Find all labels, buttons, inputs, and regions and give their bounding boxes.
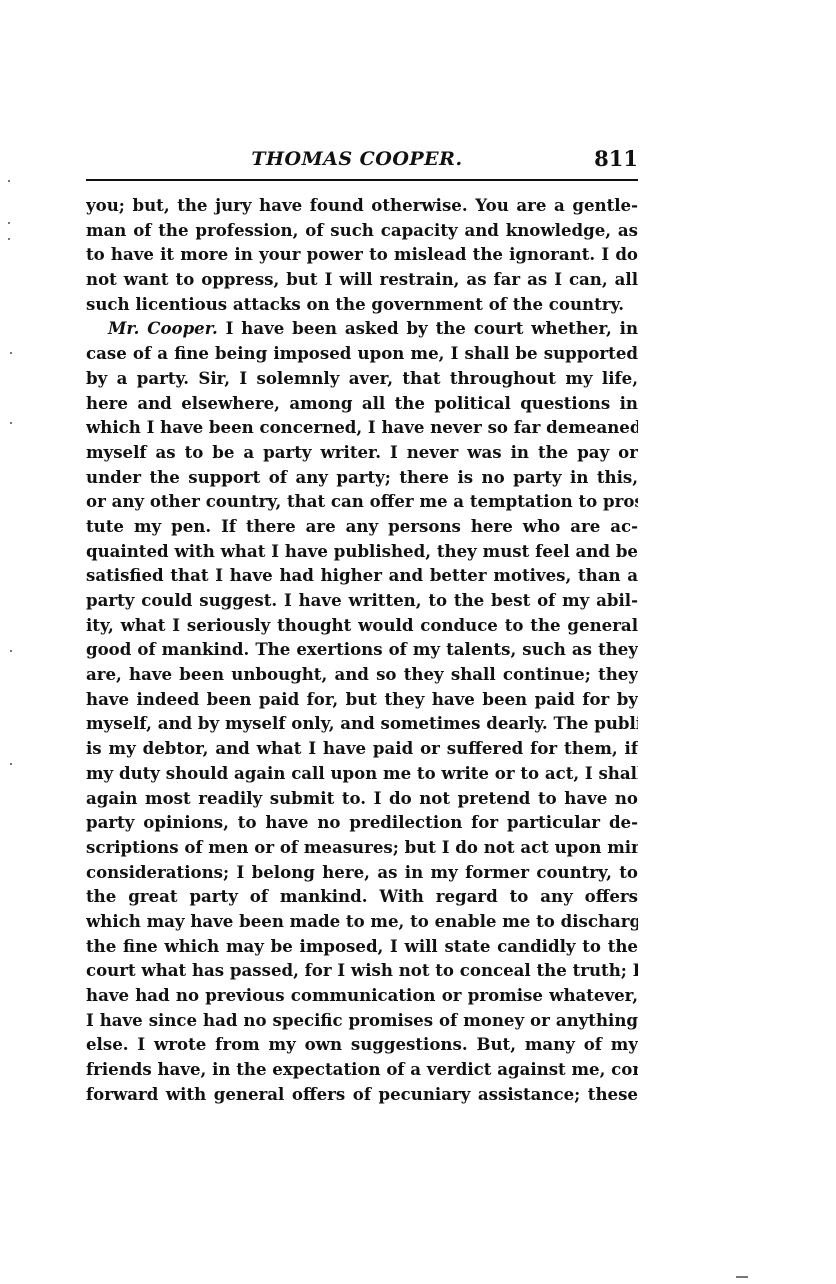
text-line: here and elsewhere, among all the politi… xyxy=(86,391,638,416)
text-line: have had no previous communication or pr… xyxy=(86,983,638,1008)
scan-speck xyxy=(10,763,12,765)
scan-speck xyxy=(10,352,12,354)
text-line: by a party. Sir, I solemnly aver, that t… xyxy=(86,366,638,391)
text-line: ity, what I seriously thought would cond… xyxy=(86,613,638,638)
header-rule xyxy=(86,179,638,181)
text-line: under the support of any party; there is… xyxy=(86,465,638,490)
text-line xyxy=(86,1156,638,1181)
text-line: you; but, the jury have found otherwise.… xyxy=(86,193,638,218)
text-line: quainted with what I have published, the… xyxy=(86,539,638,564)
scan-speck xyxy=(10,422,12,424)
text-line: tute my pen. If there are any persons he… xyxy=(86,514,638,539)
scan-speck xyxy=(8,222,10,224)
text-line: forward with general offers of pecuniary… xyxy=(86,1082,638,1107)
text-line: party opinions, to have no predilection … xyxy=(86,810,638,835)
scan-speck xyxy=(10,650,12,652)
page-header: THOMAS COOPER. 811 xyxy=(86,144,638,178)
text-line: not want to oppress, but I will restrain… xyxy=(86,267,638,292)
text-line: have indeed been paid for, but they have… xyxy=(86,687,638,712)
scan-speck xyxy=(8,180,10,182)
text-line: my duty should again call upon me to wri… xyxy=(86,761,638,786)
text-line: considerations; I belong here, as in my … xyxy=(86,860,638,885)
text-line: which may have been made to me, to enabl… xyxy=(86,909,638,934)
scan-speck xyxy=(736,1276,748,1278)
page-number: 811 xyxy=(594,146,638,171)
text-line: case of a fine being imposed upon me, I … xyxy=(86,341,638,366)
running-title: THOMAS COOPER. xyxy=(86,148,638,170)
text-line: such licentious attacks on the governmen… xyxy=(86,292,638,317)
text-line: myself, and by myself only, and sometime… xyxy=(86,711,638,736)
text-line: are, have been unbought, and so they sha… xyxy=(86,662,638,687)
text-line: good of mankind. The exertions of my tal… xyxy=(86,637,638,662)
text-line: which I have been concerned, I have neve… xyxy=(86,415,638,440)
text-line: is my debtor, and what I have paid or su… xyxy=(86,736,638,761)
body-text: you; but, the jury have found otherwise.… xyxy=(86,193,638,1181)
speaker-line: Mr. Cooper. I have been asked by the cou… xyxy=(86,316,638,341)
text-line: party could suggest. I have written, to … xyxy=(86,588,638,613)
speaker-name: Mr. Cooper. xyxy=(108,318,218,338)
text-line: I have since had no specific promises of… xyxy=(86,1008,638,1033)
text-line: or any other country, that can offer me … xyxy=(86,489,638,514)
text-line: the great party of mankind. With regard … xyxy=(86,884,638,909)
text-line: court what has passed, for I wish not to… xyxy=(86,958,638,983)
scan-speck xyxy=(8,238,10,240)
text-line: satisfied that I have had higher and bet… xyxy=(86,563,638,588)
text-line: the fine which may be imposed, I will st… xyxy=(86,934,638,959)
text-line: friends have, in the expectation of a ve… xyxy=(86,1057,638,1082)
speaker-line-text: I have been asked by the court whether, … xyxy=(218,318,638,338)
text-line: man of the profession, of such capacity … xyxy=(86,218,638,243)
text-line: myself as to be a party writer. I never … xyxy=(86,440,638,465)
text-line: scriptions of men or of measures; but I … xyxy=(86,835,638,860)
text-line: to have it more in your power to mislead… xyxy=(86,242,638,267)
text-line xyxy=(86,1106,638,1131)
text-line: else. I wrote from my own suggestions. B… xyxy=(86,1032,638,1057)
text-line xyxy=(86,1131,638,1156)
text-line: again most readily submit to. I do not p… xyxy=(86,786,638,811)
